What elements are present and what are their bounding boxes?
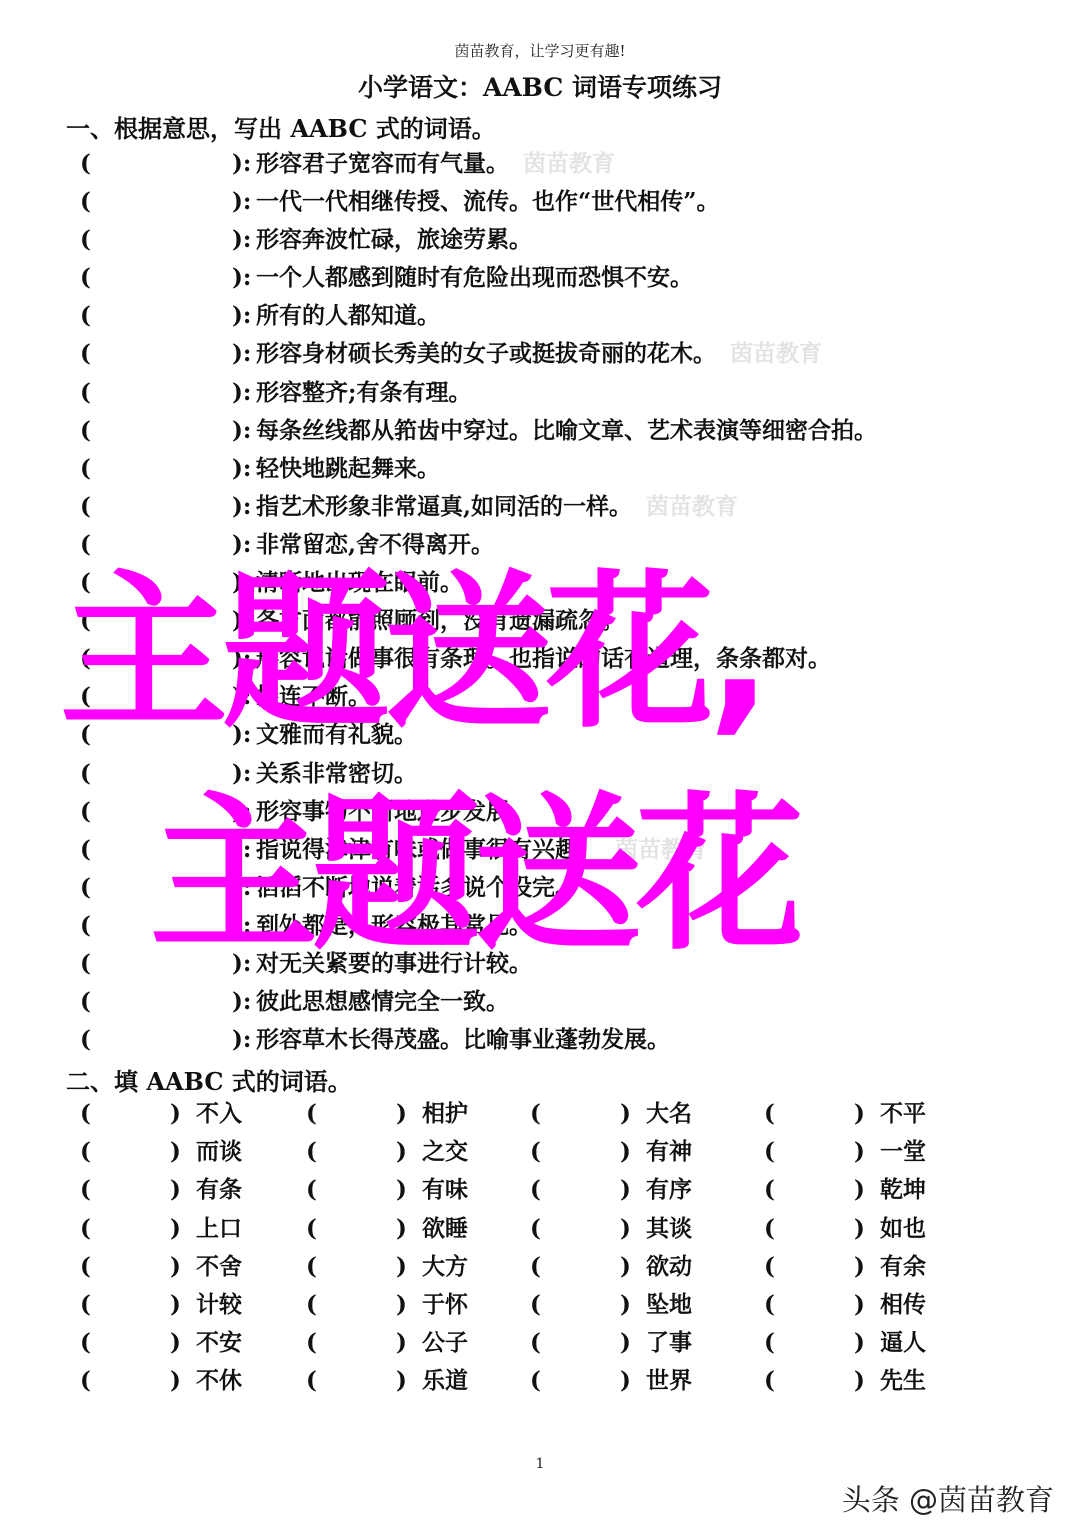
definition-text: 一个人都感到随时有危险出现而恐惧不安。: [256, 259, 707, 297]
word-suffix: 欲动: [646, 1248, 692, 1286]
word-suffix: 逼人: [880, 1324, 926, 1362]
word-suffix: 有味: [422, 1171, 468, 1209]
word-suffix: 相护: [422, 1095, 468, 1133]
answer-blank[interactable]: ):: [232, 145, 251, 183]
answer-blank[interactable]: ): [170, 1133, 181, 1171]
page-tagline: 茵苗教育，让学习更有趣!: [0, 40, 1080, 61]
watermark-text: 茵苗教育: [730, 340, 822, 367]
blank-open-paren: (: [764, 1324, 775, 1362]
section2-heading: 二、填 AABC 式的词语。: [66, 1062, 352, 1097]
fill-row: ()而谈()之交()有神()一堂: [80, 1133, 980, 1171]
word-suffix: 有神: [646, 1133, 692, 1171]
blank-open-paren: (: [530, 1095, 541, 1133]
blank-open-paren: (: [80, 755, 91, 793]
blank-open-paren: (: [306, 1286, 317, 1324]
word-suffix: 世界: [646, 1362, 692, 1400]
definition-text: 轻快地跳起舞来。: [256, 450, 454, 488]
answer-blank[interactable]: ): [620, 1210, 631, 1248]
word-suffix: 大方: [422, 1248, 468, 1286]
word-suffix: 而谈: [196, 1133, 242, 1171]
blank-open-paren: (: [530, 1324, 541, 1362]
blank-open-paren: (: [306, 1248, 317, 1286]
answer-blank[interactable]: ): [170, 1324, 181, 1362]
blank-open-paren: (: [80, 1171, 91, 1209]
answer-blank[interactable]: ): [854, 1210, 865, 1248]
definition-text: 形容君子宽容而有气量。茵苗教育: [256, 145, 615, 183]
blank-open-paren: (: [80, 1324, 91, 1362]
word-suffix: 一堂: [880, 1133, 926, 1171]
definition-text: 彼此思想感情完全一致。: [256, 983, 523, 1021]
answer-blank[interactable]: ):: [232, 221, 251, 259]
blank-open-paren: (: [80, 183, 91, 221]
blank-open-paren: (: [306, 1210, 317, 1248]
answer-blank[interactable]: ):: [232, 297, 251, 335]
blank-open-paren: (: [530, 1362, 541, 1400]
answer-blank[interactable]: ): [620, 1286, 631, 1324]
answer-blank[interactable]: ):: [232, 374, 251, 412]
word-suffix: 如也: [880, 1210, 926, 1248]
blank-open-paren: (: [80, 335, 91, 373]
word-suffix: 不安: [196, 1324, 242, 1362]
blank-open-paren: (: [306, 1362, 317, 1400]
blank-open-paren: (: [80, 1133, 91, 1171]
blank-open-paren: (: [80, 145, 91, 183]
word-suffix: 有条: [196, 1171, 242, 1209]
answer-blank[interactable]: ): [170, 1210, 181, 1248]
word-suffix: 乾坤: [880, 1171, 926, 1209]
answer-blank[interactable]: ): [396, 1362, 407, 1400]
word-suffix: 大名: [646, 1095, 692, 1133]
word-suffix: 于怀: [422, 1286, 468, 1324]
definition-row: ():形容身材硕长秀美的女子或挺拔奇丽的花木。茵苗教育: [80, 335, 1060, 373]
word-suffix: 不舍: [196, 1248, 242, 1286]
definition-row: (): 指艺术形象非常逼真,如同活的一样。茵苗教育: [80, 488, 1060, 526]
definition-text: 一代一代相继传授、流传。也作“世代相传”。: [256, 183, 733, 221]
answer-blank[interactable]: ): [854, 1362, 865, 1400]
fill-row: ()不入()相护()大名()不平: [80, 1095, 980, 1133]
word-suffix: 不平: [880, 1095, 926, 1133]
blank-open-paren: (: [80, 259, 91, 297]
blank-open-paren: (: [80, 1362, 91, 1400]
answer-blank[interactable]: ): [396, 1210, 407, 1248]
definition-row: ():所有的人都知道。: [80, 297, 1060, 335]
blank-open-paren: (: [764, 1248, 775, 1286]
blank-open-paren: (: [80, 983, 91, 1021]
blank-open-paren: (: [80, 1210, 91, 1248]
definition-text: 指艺术形象非常逼真,如同活的一样。茵苗教育: [256, 488, 738, 526]
fill-row: ()不舍()大方()欲动()有余: [80, 1248, 980, 1286]
section1-heading: 一、根据意思，写出 AABC 式的词语。: [66, 109, 496, 144]
word-suffix: 之交: [422, 1133, 468, 1171]
word-suffix: 了事: [646, 1324, 692, 1362]
word-suffix: 其谈: [646, 1210, 692, 1248]
blank-open-paren: (: [764, 1171, 775, 1209]
blank-open-paren: (: [80, 907, 91, 945]
answer-blank[interactable]: ): [170, 1248, 181, 1286]
blank-open-paren: (: [80, 869, 91, 907]
answer-blank[interactable]: ): [854, 1095, 865, 1133]
blank-open-paren: (: [530, 1210, 541, 1248]
definition-text: 每条丝线都从筘齿中穿过。比喻文章、艺术表演等细密合拍。: [256, 412, 891, 450]
definition-row: ():形容奔波忙碌，旅途劳累。: [80, 221, 1060, 259]
definition-text: 形容奔波忙碌，旅途劳累。: [256, 221, 546, 259]
definition-row: ():形容整齐;有条有理。: [80, 374, 1060, 412]
definition-row: ():形容君子宽容而有气量。茵苗教育: [80, 145, 1060, 183]
source-watermark: 头条 @茵苗教育: [842, 1478, 1054, 1519]
answer-blank[interactable]: ): [170, 1171, 181, 1209]
blank-open-paren: (: [530, 1286, 541, 1324]
answer-blank[interactable]: ):: [232, 183, 251, 221]
blank-open-paren: (: [530, 1171, 541, 1209]
definition-row: ():一个人都感到随时有危险出现而恐惧不安。: [80, 259, 1060, 297]
word-suffix: 相传: [880, 1286, 926, 1324]
definition-row: (): 彼此思想感情完全一致。: [80, 983, 1060, 1021]
answer-blank[interactable]: ): [854, 1133, 865, 1171]
definition-row: ():一代一代相继传授、流传。也作“世代相传”。: [80, 183, 1060, 221]
blank-open-paren: (: [306, 1133, 317, 1171]
blank-open-paren: (: [80, 793, 91, 831]
answer-blank[interactable]: ): [620, 1095, 631, 1133]
answer-blank[interactable]: ):: [232, 983, 251, 1021]
blank-open-paren: (: [764, 1210, 775, 1248]
definition-row: ():每条丝线都从筘齿中穿过。比喻文章、艺术表演等细密合拍。: [80, 412, 1060, 450]
fill-in-grid: ()不入()相护()大名()不平()而谈()之交()有神()一堂()有条()有味…: [80, 1095, 980, 1401]
answer-blank[interactable]: ):: [232, 259, 251, 297]
definition-row: (): 形容草木长得茂盛。比喻事业蓬勃发展。: [80, 1021, 1060, 1059]
blank-open-paren: (: [306, 1171, 317, 1209]
answer-blank[interactable]: ): [620, 1171, 631, 1209]
definition-row: ():轻快地跳起舞来。: [80, 450, 1060, 488]
word-suffix: 上口: [196, 1210, 242, 1248]
answer-blank[interactable]: ): [396, 1248, 407, 1286]
blank-open-paren: (: [80, 1095, 91, 1133]
fill-row: ()上口()欲睡()其谈()如也: [80, 1210, 980, 1248]
blank-open-paren: (: [80, 450, 91, 488]
watermark-text: 茵苗教育: [646, 493, 738, 520]
answer-blank[interactable]: ): [396, 1171, 407, 1209]
blank-open-paren: (: [80, 1248, 91, 1286]
blank-open-paren: (: [764, 1362, 775, 1400]
blank-open-paren: (: [530, 1133, 541, 1171]
answer-blank[interactable]: ): [854, 1171, 865, 1209]
fill-row: ()不休()乐道()世界()先生: [80, 1362, 980, 1400]
fill-row: ()有条()有味()有序()乾坤: [80, 1171, 980, 1209]
definition-text: 所有的人都知道。: [256, 297, 454, 335]
overlay-text-line1: 主题送花,: [60, 568, 766, 738]
blank-open-paren: (: [80, 831, 91, 869]
answer-blank[interactable]: ):: [232, 450, 251, 488]
answer-blank[interactable]: ):: [232, 1021, 251, 1059]
blank-open-paren: (: [80, 297, 91, 335]
definition-text: 形容身材硕长秀美的女子或挺拔奇丽的花木。茵苗教育: [256, 335, 822, 373]
answer-blank[interactable]: ): [854, 1324, 865, 1362]
answer-blank[interactable]: ): [854, 1248, 865, 1286]
answer-blank[interactable]: ): [396, 1095, 407, 1133]
fill-row: ()不安()公子()了事()逼人: [80, 1324, 980, 1362]
blank-open-paren: (: [764, 1095, 775, 1133]
answer-blank[interactable]: ):: [232, 488, 251, 526]
blank-open-paren: (: [80, 1286, 91, 1324]
word-suffix: 有余: [880, 1248, 926, 1286]
answer-blank[interactable]: ): [170, 1095, 181, 1133]
answer-blank[interactable]: ): [396, 1324, 407, 1362]
answer-blank[interactable]: ): [854, 1286, 865, 1324]
answer-blank[interactable]: ): [620, 1362, 631, 1400]
blank-open-paren: (: [80, 488, 91, 526]
answer-blank[interactable]: ): [620, 1248, 631, 1286]
page-number: 1: [0, 1456, 1080, 1472]
answer-blank[interactable]: ): [396, 1133, 407, 1171]
fill-row: ()计较()于怀()坠地()相传: [80, 1286, 980, 1324]
definition-text: 形容草木长得茂盛。比喻事业蓬勃发展。: [256, 1021, 684, 1059]
word-suffix: 坠地: [646, 1286, 692, 1324]
blank-open-paren: (: [764, 1133, 775, 1171]
word-suffix: 不休: [196, 1362, 242, 1400]
answer-blank[interactable]: ): [620, 1324, 631, 1362]
word-suffix: 计较: [196, 1286, 242, 1324]
answer-blank[interactable]: ): [170, 1362, 181, 1400]
answer-blank[interactable]: ):: [232, 412, 251, 450]
answer-blank[interactable]: ): [396, 1286, 407, 1324]
blank-open-paren: (: [80, 1021, 91, 1059]
word-suffix: 先生: [880, 1362, 926, 1400]
definition-text: 形容整齐;有条有理。: [256, 374, 486, 412]
watermark-text: 茵苗教育: [523, 150, 615, 177]
blank-open-paren: (: [306, 1324, 317, 1362]
blank-open-paren: (: [80, 945, 91, 983]
blank-open-paren: (: [306, 1095, 317, 1133]
word-suffix: 乐道: [422, 1362, 468, 1400]
blank-open-paren: (: [80, 374, 91, 412]
answer-blank[interactable]: ): [170, 1286, 181, 1324]
overlay-text-line2: 主题送花: [150, 790, 798, 960]
word-suffix: 不入: [196, 1095, 242, 1133]
word-suffix: 公子: [422, 1324, 468, 1362]
blank-open-paren: (: [80, 221, 91, 259]
blank-open-paren: (: [530, 1248, 541, 1286]
answer-blank[interactable]: ): [620, 1133, 631, 1171]
word-suffix: 有序: [646, 1171, 692, 1209]
blank-open-paren: (: [80, 412, 91, 450]
page-title: 小学语文：AABC 词语专项练习: [0, 68, 1080, 104]
word-suffix: 欲睡: [422, 1210, 468, 1248]
answer-blank[interactable]: ):: [232, 335, 251, 373]
blank-open-paren: (: [764, 1286, 775, 1324]
